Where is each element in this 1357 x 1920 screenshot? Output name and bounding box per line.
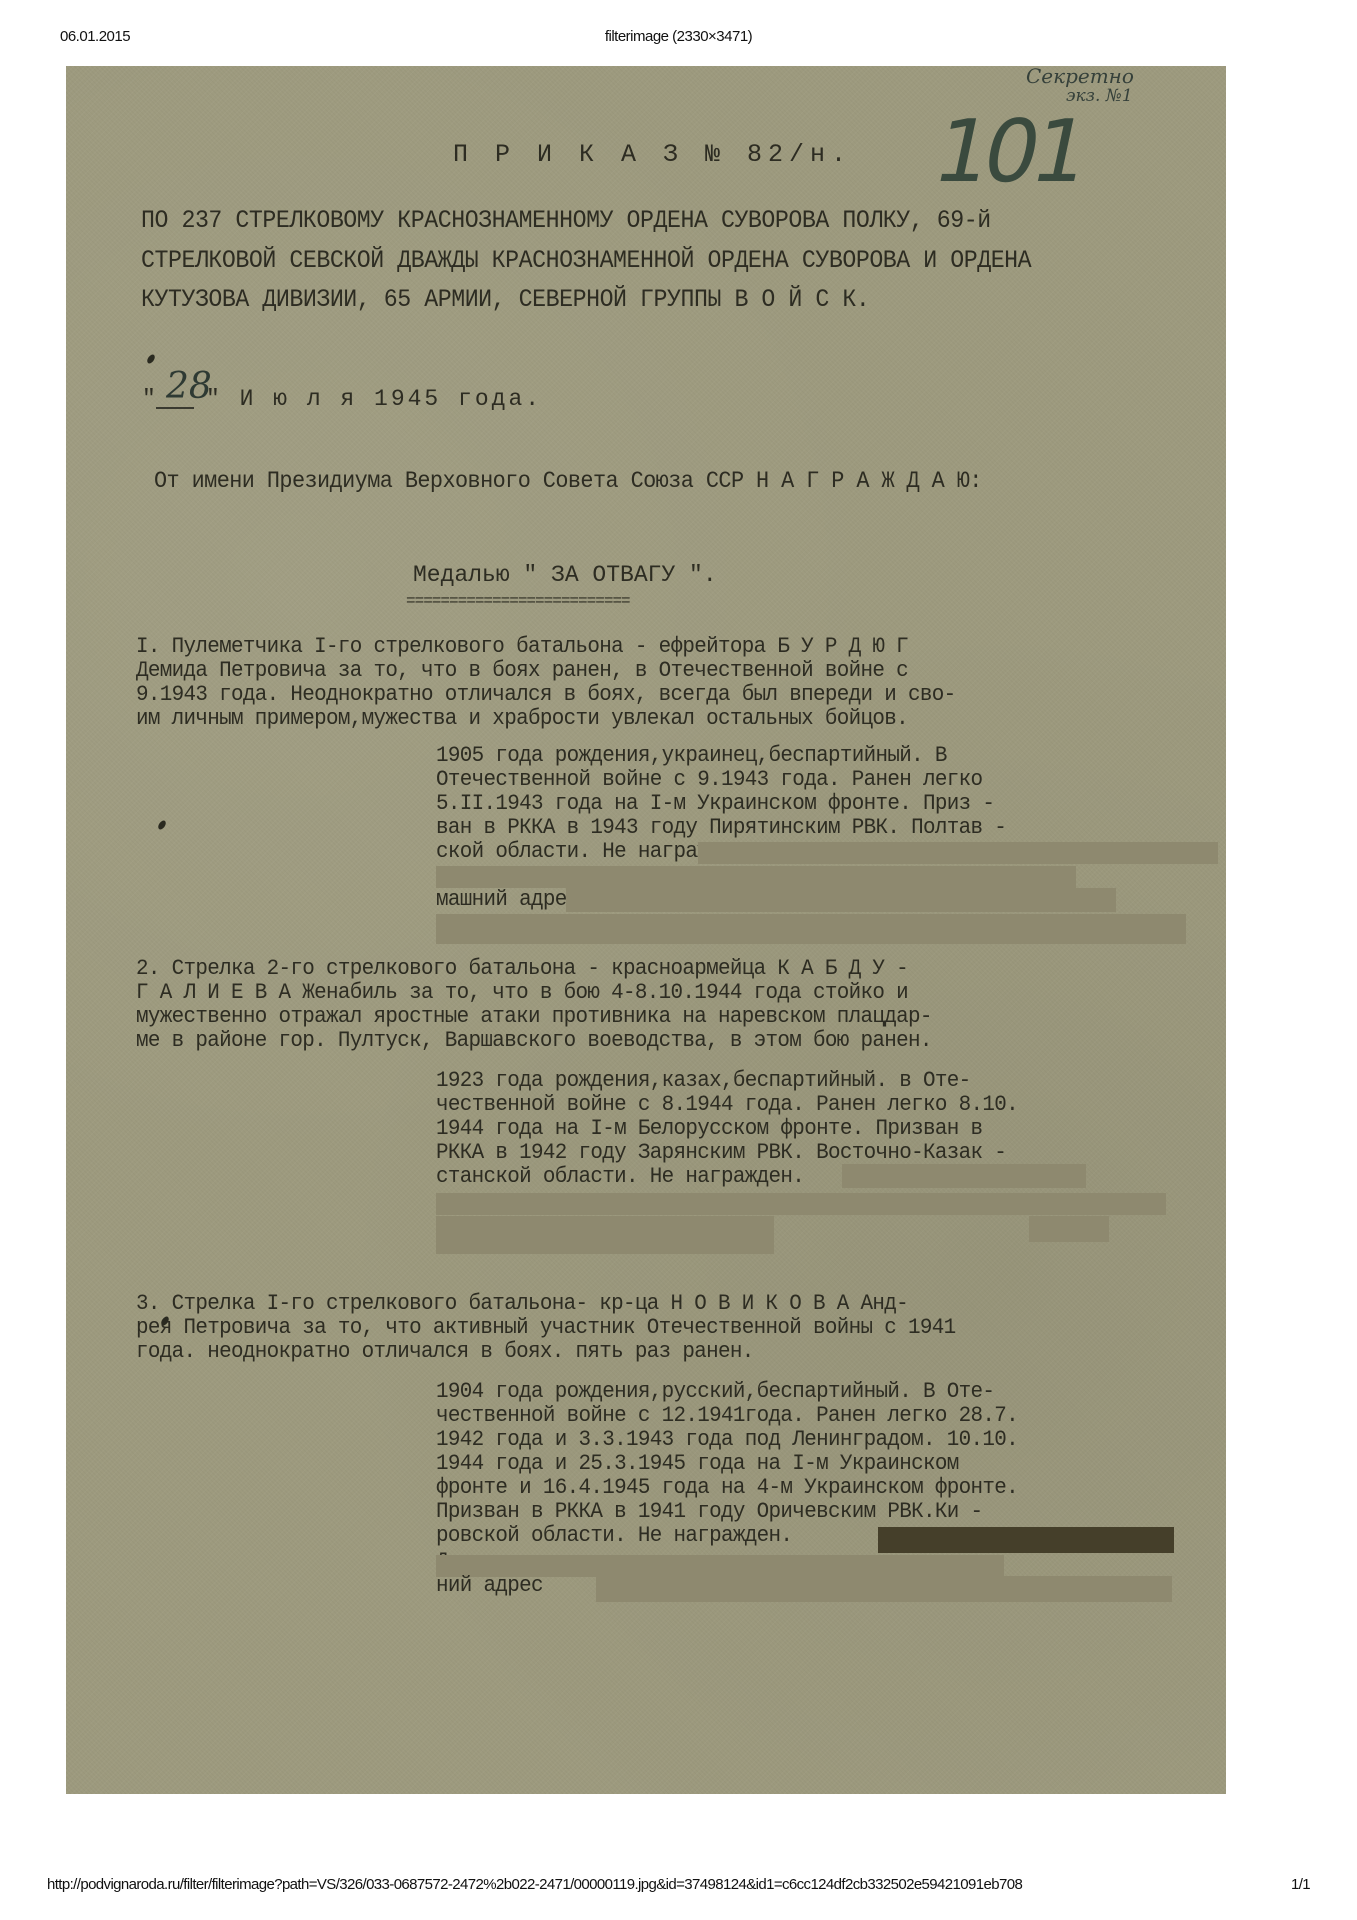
order-title: П Р И К А З № 82/н. (453, 140, 852, 169)
redaction-block (878, 1527, 1174, 1553)
date-open-quote: " (142, 386, 156, 412)
redaction-block (436, 1216, 774, 1254)
redaction-block (596, 1576, 1172, 1602)
awardee-line: 9.1943 года. Неоднократно отличался в бо… (136, 683, 956, 707)
bio-line: РККА в 1942 году Зарянским РВК. Восточно… (436, 1141, 1006, 1165)
awardee-line: Демида Петровича за то, что в боях ранен… (136, 659, 908, 683)
bio-line: 1944 года на I-м Белорусском фронте. При… (436, 1117, 982, 1141)
redaction-block (1029, 1216, 1109, 1242)
bio-line: 1923 года рождения,казах,беспартийный. в… (436, 1069, 970, 1093)
awardee-line: ме в районе гор. Пултуск, Варшавского во… (136, 1029, 932, 1053)
handwritten-day: 28 (166, 366, 212, 407)
bio-line: машний адрес (436, 888, 579, 912)
bio-line: Призван в РККА в 1941 году Оричевским РВ… (436, 1500, 982, 1524)
awardee-line: мужественно отражал яростные атаки проти… (136, 1005, 932, 1029)
bio-line: станской области. Не награжден. (436, 1165, 804, 1189)
document-scan: Секретно экз. №1 101 П Р И К А З № 82/н.… (66, 66, 1226, 1794)
redaction-block (436, 866, 1076, 888)
awardee-line: им личным примером,мужества и храбрости … (136, 707, 908, 731)
handwritten-classification: Секретно (1026, 64, 1134, 88)
awardee-line: Г А Л И Е В А Женабиль за то, что в бою … (136, 981, 908, 1005)
source-url[interactable]: http://podvignaroda.ru/filter/filterimag… (47, 1876, 1022, 1893)
redaction-block (698, 842, 1218, 864)
bio-line: фронте и 16.4.1945 года на 4-м Украинско… (436, 1476, 1018, 1500)
bio-line: Отечественной войне с 9.1943 года. Ранен… (436, 768, 982, 792)
awardee-line: 3. Стрелка I-го стрелкового батальона- к… (136, 1292, 908, 1316)
unit-line: КУТУЗОВА ДИВИЗИИ, 65 АРМИИ, СЕВЕРНОЙ ГРУ… (141, 285, 869, 314)
ink-speck (157, 819, 168, 831)
print-title: filterimage (2330×3471) (0, 28, 1357, 45)
bio-line: 1905 года рождения,украинец,беспартийный… (436, 744, 947, 768)
date-month-year: " И ю л я 1945 года. (206, 386, 542, 412)
bio-line: 1904 года рождения,русский,беспартийный.… (436, 1380, 994, 1404)
unit-line: ПО 237 СТРЕЛКОВОМУ КРАСНОЗНАМЕННОМУ ОРДЕ… (141, 206, 991, 235)
awardee-line: 2. Стрелка 2-го стрелкового батальона - … (136, 957, 908, 981)
ink-speck (146, 353, 157, 365)
redaction-block (436, 1193, 1166, 1215)
print-header: 06.01.2015 filterimage (2330×3471) (0, 28, 1357, 48)
bio-line: ровской области. Не награжден. (436, 1524, 792, 1548)
medal-underline: ========================== (406, 592, 630, 610)
page-count: 1/1 (1291, 1876, 1310, 1893)
handwritten-sheet-number: 101 (925, 102, 1092, 202)
redaction-block (842, 1164, 1086, 1188)
redaction-block (566, 888, 1116, 912)
bio-line: 5.II.1943 года на I-м Украинском фронте.… (436, 792, 994, 816)
medal-heading: Медалью " ЗА ОТВАГУ ". (413, 562, 717, 588)
bio-line: чественной войне с 12.1941года. Ранен ле… (436, 1404, 1018, 1428)
awardee-line: года. неоднократно отличался в боях. пят… (136, 1340, 754, 1364)
date-underline (156, 407, 194, 409)
awardee-line: рея Петровича за то, что активный участн… (136, 1316, 956, 1340)
bio-line: ван в РККА в 1943 году Пирятинским РВК. … (436, 816, 1006, 840)
awardee-line: I. Пулеметчика I-го стрелкового батальон… (136, 635, 908, 659)
presidium-line: От имени Президиума Верховного Совета Со… (154, 468, 982, 494)
bio-line: чественной войне с 8.1944 года. Ранен ле… (436, 1093, 1018, 1117)
unit-line: СТРЕЛКОВОЙ СЕВСКОЙ ДВАЖДЫ КРАСНОЗНАМЕННО… (141, 246, 1031, 275)
bio-line: ний адрес (436, 1574, 543, 1598)
bio-line: 1944 года и 25.3.1945 года на I-м Украин… (436, 1452, 959, 1476)
redaction-block (436, 914, 1186, 944)
bio-line: 1942 года и 3.3.1943 года под Ленинградо… (436, 1428, 1018, 1452)
